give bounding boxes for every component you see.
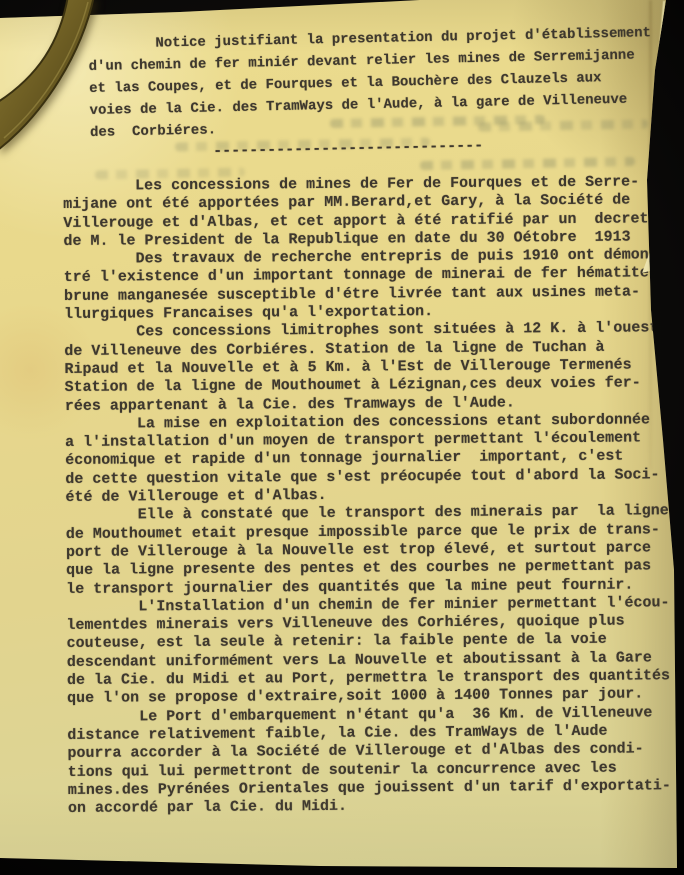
document-body: Les concessions de mines de Fer de Fourq… [63, 173, 671, 818]
document-heading: Notice justifiant la presentation du pro… [88, 22, 653, 144]
paper-crease [649, 0, 652, 470]
photo-backdrop: Notice justifiant la presentation du pro… [0, 0, 684, 875]
body-line: on accordé par la Cie. du Midi. [68, 795, 671, 818]
bleed-through-text [420, 157, 635, 170]
corner-binding-ribbon [0, 0, 110, 168]
